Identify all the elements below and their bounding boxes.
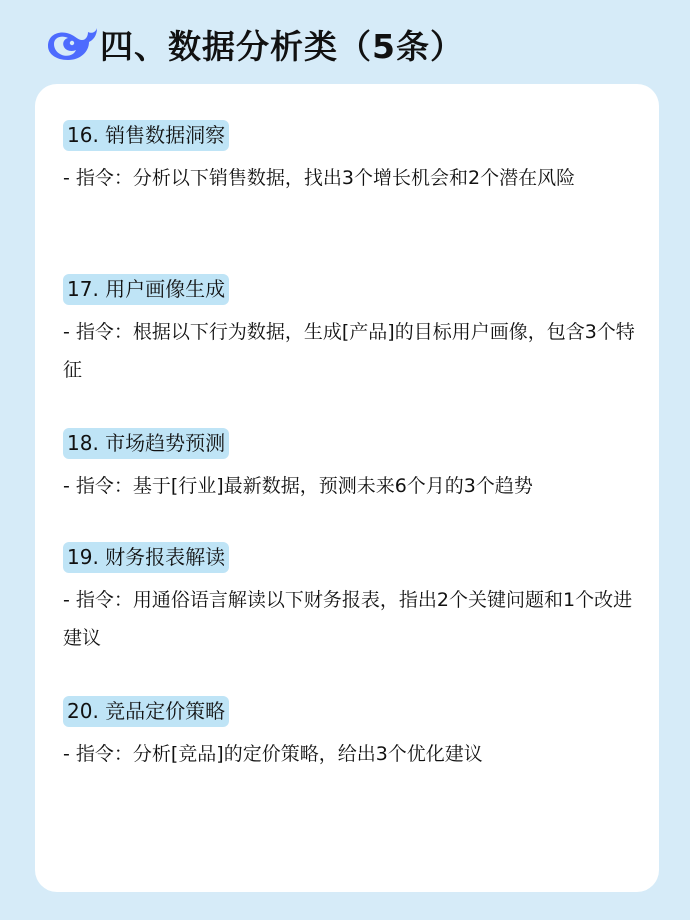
item-title: 19. 财务报表解读: [63, 542, 229, 573]
list-item: 17. 用户画像生成 - 指令：根据以下行为数据，生成[产品]的目标用户画像，包…: [63, 274, 643, 389]
item-title: 18. 市场趋势预测: [63, 428, 229, 459]
item-description: - 指令：分析以下销售数据，找出3个增长机会和2个潜在风险: [63, 159, 643, 197]
item-description: - 指令：用通俗语言解读以下财务报表，指出2个关键问题和1个改进建议: [63, 581, 643, 657]
list-item: 20. 竞品定价策略 - 指令：分析[竞品]的定价策略，给出3个优化建议: [63, 696, 643, 773]
page-title: 四、数据分析类（5条）: [100, 21, 464, 68]
list-item: 18. 市场趋势预测 - 指令：基于[行业]最新数据，预测未来6个月的3个趋势: [63, 428, 643, 505]
item-title: 17. 用户画像生成: [63, 274, 229, 305]
item-title: 16. 销售数据洞察: [63, 120, 229, 151]
item-description: - 指令：根据以下行为数据，生成[产品]的目标用户画像，包含3个特征: [63, 313, 643, 389]
page-header: 四、数据分析类（5条）: [42, 18, 464, 70]
item-title: 20. 竞品定价策略: [63, 696, 229, 727]
content-card: 16. 销售数据洞察 - 指令：分析以下销售数据，找出3个增长机会和2个潜在风险…: [35, 84, 659, 892]
list-item: 16. 销售数据洞察 - 指令：分析以下销售数据，找出3个增长机会和2个潜在风险: [63, 120, 643, 197]
whale-logo-icon: [42, 24, 98, 64]
item-description: - 指令：基于[行业]最新数据，预测未来6个月的3个趋势: [63, 467, 643, 505]
list-item: 19. 财务报表解读 - 指令：用通俗语言解读以下财务报表，指出2个关键问题和1…: [63, 542, 643, 657]
item-description: - 指令：分析[竞品]的定价策略，给出3个优化建议: [63, 735, 643, 773]
